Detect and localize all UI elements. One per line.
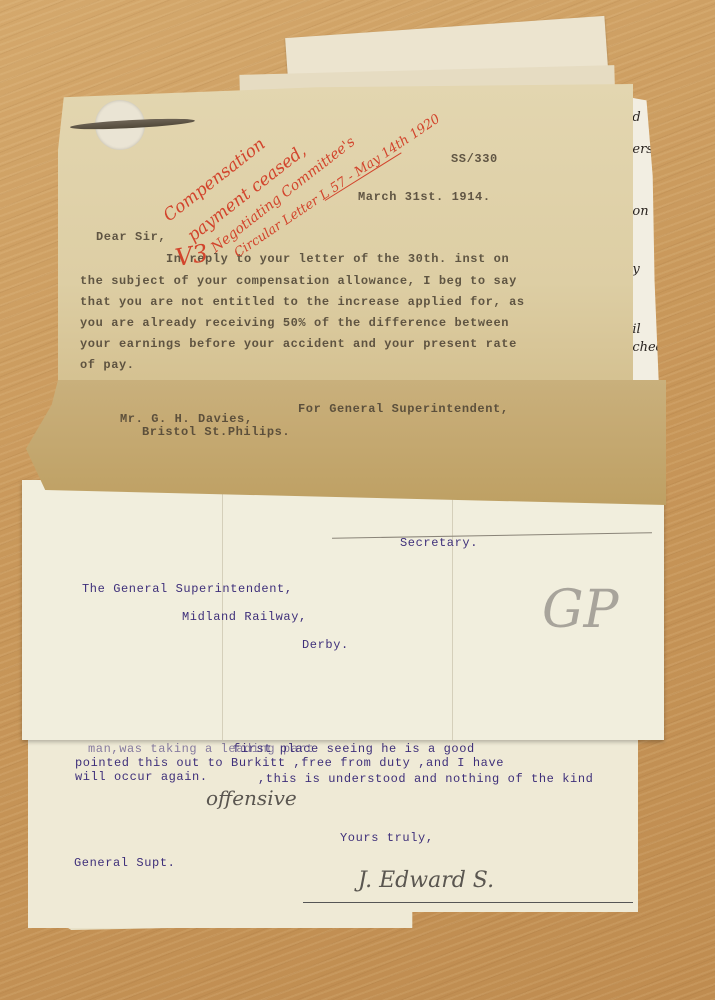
secretary-title: Secretary. — [400, 536, 478, 550]
address-line: The General Superintendent, — [82, 582, 293, 596]
typed-line: ,this is understood and nothing of the k… — [258, 772, 593, 786]
body-line: the subject of your compensation allowan… — [80, 274, 517, 288]
typed-line: will occur again. — [75, 770, 208, 784]
salutation: Dear Sir, — [96, 230, 166, 244]
signatory: For General Superintendent, — [298, 402, 509, 416]
red-check-mark: V3 — [173, 239, 210, 272]
middle-letter: Secretary. The General Superintendent, M… — [22, 480, 664, 740]
address-line: Midland Railway, — [182, 610, 307, 624]
addressee-line: Bristol St.Philips. — [142, 425, 290, 439]
body-line: you are already receiving 50% of the dif… — [80, 316, 509, 330]
bottom-letter: first place seeing he is a good man,was … — [28, 728, 638, 928]
body-line: of pay. — [80, 358, 135, 372]
rule-line — [332, 532, 652, 539]
typed-line: pointed this out to Burkitt ,free from d… — [75, 756, 504, 770]
address-line: Derby. — [302, 638, 349, 652]
addressee: General Supt. — [74, 856, 175, 870]
top-letter: SS/330 March 31st. 1914. Dear Sir, In re… — [58, 84, 633, 414]
signature: J. Edward S. — [358, 868, 494, 893]
closing: Yours truly, — [340, 831, 434, 845]
pencil-initials: GP — [542, 580, 619, 640]
body-line: that you are not entitled to the increas… — [80, 295, 525, 309]
reference-number: SS/330 — [451, 152, 498, 166]
signature-underline — [303, 902, 633, 903]
fold-crease — [452, 480, 453, 740]
typed-line-partial: man,was taking a leading part — [88, 742, 314, 756]
addressee-line: Mr. G. H. Davies, — [120, 412, 253, 426]
body-line: your earnings before your accident and y… — [80, 337, 517, 351]
handwritten-insert: offensive — [206, 786, 297, 810]
top-letter-folded-strip: For General Superintendent, Mr. G. H. Da… — [26, 380, 666, 505]
letter-date: March 31st. 1914. — [358, 190, 491, 204]
